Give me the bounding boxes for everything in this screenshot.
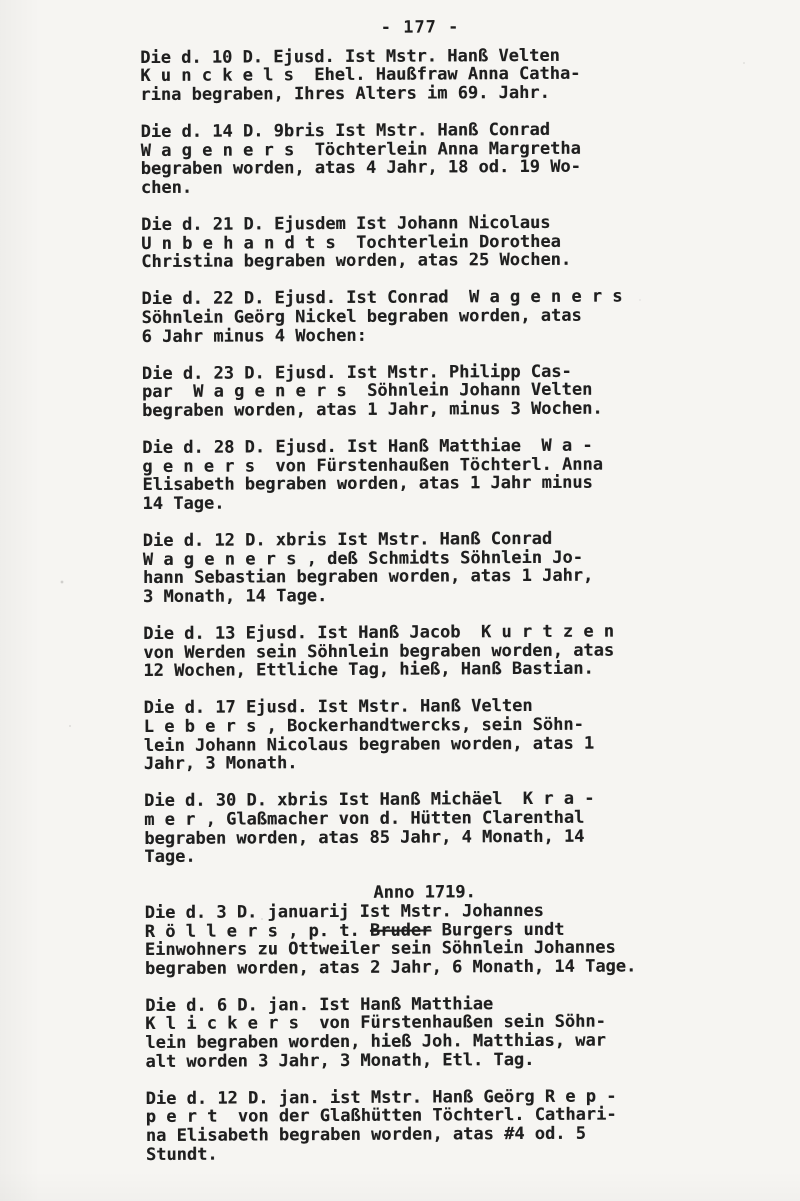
text-line: 3 Monath, 14 Tage. xyxy=(143,585,703,607)
page-number: - 177 - xyxy=(140,17,700,39)
text-line: Christina begraben worden, atas 25 Woche… xyxy=(141,250,701,272)
burial-entry: Die d. 3 D. januarij Ist Mstr. JohannesR… xyxy=(145,901,705,978)
text-body: Die d. 10 D. Ejusd. Ist Mstr. Hanß Velte… xyxy=(140,46,706,1183)
burial-entry: Die d. 12 D. xbris Ist Mstr. Hanß Conrad… xyxy=(143,529,703,606)
text-line: begraben worden, atas 1 Jahr, minus 3 Wo… xyxy=(142,399,702,421)
burial-entry: Die d. 17 Ejusd. Ist Mstr. Hanß VeltenL … xyxy=(144,696,704,773)
text-line: 6 Jahr minus 4 Wochen: xyxy=(142,325,702,347)
burial-entry: Die d. 28 D. Ejusd. Ist Hanß Matthiae W … xyxy=(142,436,702,513)
scanned-document-page: - 177 - Die d. 10 D. Ejusd. Ist Mstr. Ha… xyxy=(0,0,800,1201)
text-line: 14 Tage. xyxy=(142,492,702,514)
burial-entry: Die d. 14 D. 9bris Ist Mstr. Hanß Conrad… xyxy=(141,120,701,197)
text-line: chen. xyxy=(141,176,701,198)
burial-entry: Die d. 21 D. Ejusdem Ist Johann Nicolaus… xyxy=(141,213,701,272)
text-line: begraben worden, atas 2 Jahr, 6 Monath, … xyxy=(145,957,705,979)
text-line: alt worden 3 Jahr, 3 Monath, Etl. Tag. xyxy=(145,1050,705,1072)
burial-entry: Die d. 22 D. Ejusd. Ist Conrad W a g e n… xyxy=(141,287,701,346)
text-body-container: - 177 - Die d. 10 D. Ejusd. Ist Mstr. Ha… xyxy=(140,17,706,1183)
text-segment: Burgers undt xyxy=(431,919,564,940)
burial-entry: Die d. 6 D. jan. Ist Hanß MatthiaeK l i … xyxy=(145,994,705,1071)
text-line: 12 Wochen, Ettliche Tag, hieß, Hanß Bast… xyxy=(143,659,703,681)
struck-out-word: Bruder xyxy=(370,920,432,940)
burial-entry: Die d. 12 D. jan. ist Mstr. Hanß Geörg R… xyxy=(146,1087,706,1164)
text-line: Jahr, 3 Monath. xyxy=(144,752,704,774)
burial-entry: Die d. 10 D. Ejusd. Ist Mstr. Hanß Velte… xyxy=(140,46,700,105)
text-line: Tage. xyxy=(144,845,704,867)
burial-entry: Die d. 13 Ejusd. Ist Hanß Jacob K u r t … xyxy=(143,622,703,681)
text-line: Stundt. xyxy=(146,1143,706,1165)
burial-entry: Die d. 23 D. Ejusd. Ist Mstr. Philipp Ca… xyxy=(142,362,702,421)
burial-entry: Die d. 30 D. xbris Ist Hanß Michäel K r … xyxy=(144,789,704,866)
text-line: rina begraben, Ihres Alters im 69. Jahr. xyxy=(140,83,700,105)
